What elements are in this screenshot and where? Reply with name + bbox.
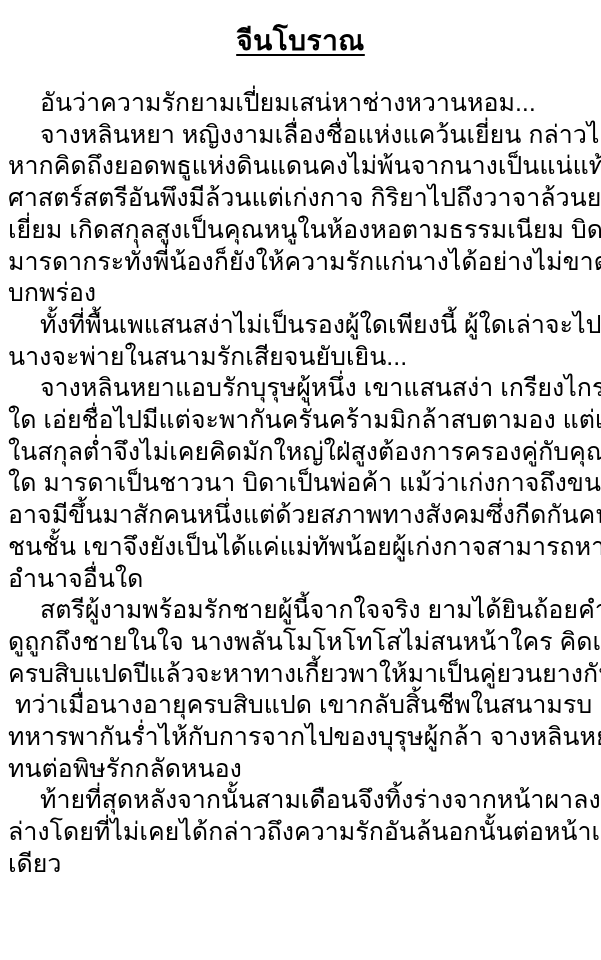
text-line: ทั้งที่พื้นเพแสนสง่าไม่เป็นรองผู้ใดเพียง… xyxy=(8,310,597,342)
text-line: ครบสิบแปดปีแล้วจะหาทางเกี้ยวพาให้มาเป็นค… xyxy=(8,659,597,691)
text-line: อันว่าความรักยามเปี่ยมเสน่หาช่างหวานหอม.… xyxy=(8,88,597,120)
text-line: อาจมีขึ้นมาสักคนหนึ่งแต่ด้วยสภาพทางสังคม… xyxy=(8,500,597,532)
text-line: สตรีผู้งามพร้อมรักชายผู้นี้จากใจจริง ยาม… xyxy=(8,595,597,627)
document-body: อันว่าความรักยามเปี่ยมเสน่หาช่างหวานหอม.… xyxy=(8,88,597,881)
text-line: เยี่ยม เกิดสกุลสูงเป็นคุณหนูในห้องหอตามธ… xyxy=(8,215,597,247)
text-line: จางหลินหยา หญิงงามเลื่องชื่อแห่งแคว้นเยี… xyxy=(8,120,597,152)
document-page: จีนโบราณ อันว่าความรักยามเปี่ยมเสน่หาช่า… xyxy=(0,0,601,960)
text-line: เดียว xyxy=(8,849,597,881)
text-line: ในสกุลต่ำจึงไม่เคยคิดมักใหญ่ใฝ่สูงต้องกา… xyxy=(8,437,597,469)
text-line: ใด เอ่ยชื่อไปมีแต่จะพากันครั่นคร้ามมิกล้… xyxy=(8,405,597,437)
text-line: บกพร่อง xyxy=(8,278,597,310)
document-title: จีนโบราณ xyxy=(0,22,601,60)
text-line: จางหลินหยาแอบรักบุรุษผู้หนึ่ง เขาแสนสง่า… xyxy=(8,373,597,405)
text-line: ศาสตร์สตรีอันพึงมีล้วนแต่เก่งกาจ กิริยาไ… xyxy=(8,183,597,215)
text-line: ใด มารดาเป็นชาวนา บิดาเป็นพ่อค้า แม้ว่าเ… xyxy=(8,468,597,500)
text-line: ชนชั้น เขาจึงยังเป็นได้แค่แม่ทัพน้อยผู้เ… xyxy=(8,532,597,564)
text-line: ท้ายที่สุดหลังจากนั้นสามเดือนจึงทิ้งร่าง… xyxy=(8,785,597,817)
text-line: นางจะพ่ายในสนามรักเสียจนยับเยิน... xyxy=(8,342,597,374)
text-line: ดูถูกถึงชายในใจ นางพลันโมโหโทโสไม่สนหน้า… xyxy=(8,627,597,659)
text-line: ทว่าเมื่อนางอายุครบสิบแปด เขากลับสิ้นชีพ… xyxy=(8,690,597,722)
text-line: มารดากระทั่งพี่น้องก็ยังให้ความรักแก่นาง… xyxy=(8,247,597,279)
text-line: ทนต่อพิษรักกลัดหนอง xyxy=(8,754,597,786)
text-line: หากคิดถึงยอดพธูแห่งดินแดนคงไม่พ้นจากนางเ… xyxy=(8,151,597,183)
text-line: ล่างโดยที่ไม่เคยได้กล่าวถึงความรักอันล้น… xyxy=(8,817,597,849)
text-line: อำนาจอื่นใด xyxy=(8,564,597,596)
text-line: ทหารพากันร่ำไห้กับการจากไปของบุรุษผู้กล้… xyxy=(8,722,597,754)
